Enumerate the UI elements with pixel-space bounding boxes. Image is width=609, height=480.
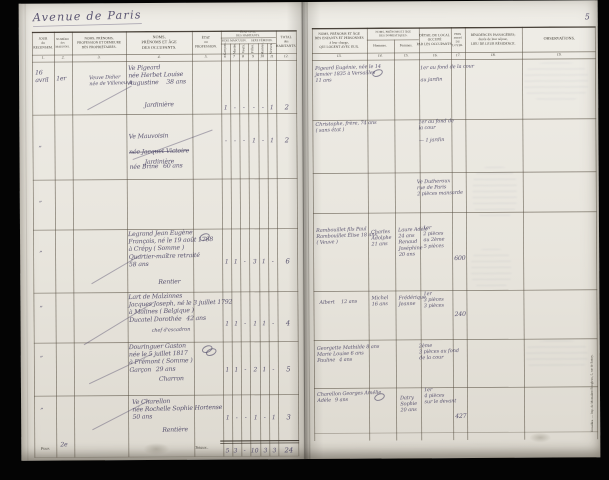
- civil-mark: -: [223, 138, 229, 145]
- civil-mark: -: [260, 104, 266, 111]
- civil-mark: -: [270, 258, 276, 265]
- totals-label: Totaux..: [182, 443, 222, 453]
- total-value: 3: [263, 447, 268, 454]
- col-num-5: 5.: [192, 54, 221, 61]
- page-number: 5: [585, 12, 590, 22]
- col-num-7: 7: [230, 53, 239, 60]
- entry-children: Albert 12 ans: [319, 299, 357, 306]
- book-spread-paper: Avenue de Paris 5 Versailles. — Imp. de …: [19, 0, 601, 461]
- census-table-left: JOUR du RECENSEM. NUMÉRO des MAISONS. NO…: [32, 30, 300, 459]
- footer-numero: 2e: [60, 441, 67, 449]
- civil-marks-row: ---1-1: [221, 135, 276, 146]
- col-header-veufs: Veufs.: [239, 43, 248, 53]
- entry-local: Ve Dutheroux rue de Paris 2 pièces mansa…: [417, 178, 463, 198]
- civil-mark: -: [270, 320, 276, 327]
- col-header-femmes: Femmes.: [394, 39, 419, 52]
- civil-marks-row: 11-21-: [223, 364, 278, 375]
- entry-date: 16 avril: [35, 69, 49, 84]
- col-header-prix: PRIX annuel DU LOYER.: [451, 27, 465, 52]
- col-num-18: 18.: [465, 52, 522, 59]
- col-num-3: 3.: [72, 54, 126, 61]
- entry-occupants: Ve Pigeard née Herbet Louise Augustine 3…: [128, 63, 186, 87]
- entry-profession-note: Jardinière: [144, 101, 174, 109]
- row-total: 2: [280, 104, 294, 112]
- entry-profession-note: Rentier: [158, 278, 180, 286]
- col-header-maries: Mariés.: [230, 43, 239, 53]
- civil-mark: 1: [224, 259, 230, 266]
- stain: [529, 433, 551, 443]
- civil-mark: 1: [269, 137, 275, 144]
- entry-rent: 240: [454, 311, 465, 319]
- entry-local: 1er 4 pièces sur le devant: [424, 386, 456, 405]
- col-num-12: 12.: [276, 53, 297, 60]
- col-num-4: 4.: [126, 54, 192, 61]
- entry-profession-note: Jardinière: [145, 158, 175, 166]
- col-header-local: DÉTAIL DU LOCAL OCCUPÉ PAR LES OCCUPANTS…: [419, 27, 451, 52]
- civil-mark: 1: [261, 366, 267, 373]
- entry-servants-women: Frédérique Jeanne: [398, 295, 426, 308]
- col-header-proprietaires: NOMS, PRÉNOMS, PROFESSION ET DEMEURE DES…: [72, 31, 126, 54]
- total-value: -: [242, 448, 247, 455]
- civil-mark: 1: [234, 367, 240, 374]
- grand-total: 24: [282, 447, 296, 455]
- col-num-11: 11: [267, 53, 276, 60]
- civil-mark: -: [243, 367, 249, 374]
- civil-mark: -: [234, 415, 240, 422]
- entry-servants-women: Datry Sophie 20 ans: [400, 395, 417, 414]
- entry-house-number: 1er: [56, 75, 66, 83]
- entry-date-ditto: „: [40, 404, 43, 412]
- civil-mark: 1: [223, 105, 229, 112]
- total-value: 10: [251, 448, 259, 455]
- ink-bleed: [473, 167, 517, 219]
- col-header-filles: Filles.: [248, 43, 258, 53]
- entry-servants-men: Charles Adolphe 21 ans: [371, 229, 392, 248]
- col-header-domestiques: NOMS, PRÉNOMS ET ÂGE DES DOMESTIQUES.: [367, 27, 419, 39]
- row-total: 3: [281, 414, 295, 422]
- col-header-enfants: NOMS, PRÉNOMS ET ÂGE DES ENFANTS ET PERS…: [312, 28, 367, 53]
- col-num-8: 8: [239, 53, 248, 60]
- col-num-13: 13.: [312, 53, 367, 60]
- col-num-14: 14.: [367, 52, 394, 59]
- civil-mark: -: [242, 259, 248, 266]
- entry-date-ditto: „: [38, 142, 41, 150]
- civil-mark: -: [232, 138, 238, 145]
- civil-mark: -: [251, 105, 257, 112]
- col-num-19: 19.: [522, 51, 596, 58]
- entry-rent: 427: [455, 413, 466, 421]
- col-header-jour: JOUR du RECENSEM.: [32, 32, 54, 55]
- civil-mark: -: [260, 137, 266, 144]
- civil-mark: 1: [234, 321, 240, 328]
- civil-mark: 1: [252, 415, 258, 422]
- entry-date-ditto: „: [39, 302, 42, 310]
- civil-mark: 1: [252, 321, 258, 328]
- civil-mark: 1: [224, 321, 230, 328]
- col-num-15: 15.: [394, 52, 419, 59]
- civil-mark: 1: [225, 367, 231, 374]
- col-num-17: 17.: [451, 52, 465, 59]
- civil-mark: -: [232, 105, 238, 112]
- entry-profession-note: chef d'escadron: [152, 327, 191, 334]
- entry-proprietor: Veuve Didier née de Villeneuve: [89, 74, 133, 88]
- col-header-etat: ÉTAT ou PROFESSION.: [192, 31, 221, 54]
- scanned-census-register: Avenue de Paris 5 Versailles. — Imp. de …: [0, 0, 609, 480]
- civil-mark: 1: [261, 258, 267, 265]
- row-total: 6: [281, 258, 295, 266]
- col-header-occupants: NOMS, PRÉNOMS ET ÂGE DES OCCUPANTS.: [126, 31, 192, 54]
- total-value: 3: [233, 448, 238, 455]
- ink-bleed: [471, 249, 511, 289]
- col-header-hommes: Hommes.: [367, 39, 394, 52]
- col-num-10: 10: [258, 53, 267, 60]
- col-header-observations: OBSERVATIONS.: [522, 26, 596, 51]
- occupant-line: Ve Mauvoisin: [129, 132, 189, 141]
- civil-mark: 1: [225, 415, 231, 422]
- entry-occupants: Douringuer Gaston née le 5 juillet 1817 …: [129, 342, 193, 374]
- row-total: 2: [280, 137, 294, 145]
- civil-mark: -: [243, 415, 249, 422]
- civil-marks-row: 11-11-: [223, 318, 278, 329]
- entry-servants-men: Michel 16 ans: [371, 295, 388, 308]
- civil-marks-row: 11-31-: [222, 256, 277, 267]
- civil-mark: -: [241, 105, 247, 112]
- col-header-mariees: Mariées.: [258, 43, 267, 53]
- col-num-9: 9: [248, 53, 258, 60]
- civil-mark: 1: [251, 138, 257, 145]
- col-header-veuves: Veuves.: [267, 43, 276, 53]
- col-num-1: 1.: [32, 55, 54, 62]
- civil-marks-row: 1--1-1: [223, 412, 278, 423]
- entry-local: 1er au fond de la cour au jardin: [420, 63, 475, 83]
- entry-children: Charellon Georges Amélie Adèle 9 ans: [317, 390, 382, 404]
- civil-mark: 2: [252, 367, 258, 374]
- entry-date-ditto: „: [40, 352, 43, 360]
- entry-occupants: Ve Mauvoisin née Jacquet Victoire née Br…: [128, 124, 189, 179]
- civil-mark: -: [243, 321, 249, 328]
- footer-note: Pour.: [34, 444, 56, 454]
- civil-marks-row: 1----1: [221, 102, 276, 113]
- entry-local: 2ème 3 pièces au fond de la cour: [419, 342, 460, 362]
- col-header-residences: RÉSIDENCES PASSAGÈRES; durée de leur séj…: [465, 27, 522, 52]
- entry-children: Rambouillet fils Paul Rambouillet Élise …: [316, 226, 377, 246]
- row-total: 5: [281, 366, 295, 374]
- col-num-2: 2.: [54, 54, 72, 61]
- ink-bleed: [526, 340, 588, 370]
- entry-children: Christophe, frère, 74 ans ( sans état ): [315, 120, 377, 134]
- col-header-garcons: Garçons.: [221, 43, 230, 53]
- civil-mark: -: [262, 414, 268, 421]
- entry-profession-note: Rentière: [162, 426, 188, 434]
- civil-mark: 1: [233, 259, 239, 266]
- entry-profession-note: Charron: [159, 375, 184, 383]
- col-num-16: 16.: [419, 52, 451, 59]
- totals-values-row: 53-1033: [223, 445, 278, 456]
- col-header-total: TOTAL des HABITANTS.: [276, 30, 297, 53]
- civil-mark: 3: [252, 259, 258, 266]
- row-total: 4: [281, 320, 295, 328]
- census-table-right: NOMS, PRÉNOMS ET ÂGE DES ENFANTS ET PERS…: [312, 26, 599, 443]
- left-page-edge: [25, 4, 29, 461]
- civil-mark: 1: [269, 104, 275, 111]
- civil-mark: 1: [271, 414, 277, 421]
- ink-bleed: [524, 62, 588, 100]
- entry-date-ditto: „: [39, 247, 42, 255]
- civil-mark: 1: [261, 320, 267, 327]
- col-num-6: 6: [221, 53, 230, 60]
- entry-local: 1er au fond de la cour — 1 jardin: [418, 118, 454, 144]
- col-header-numero: NUMÉRO des MAISONS.: [54, 31, 72, 54]
- entry-date-ditto: „: [39, 197, 42, 205]
- entry-local: 1er 3 pièces 3 pièces: [423, 291, 444, 310]
- total-value: 3: [272, 447, 277, 454]
- street-title-handwritten: Avenue de Paris: [33, 9, 142, 27]
- civil-mark: -: [242, 138, 248, 145]
- total-value: 5: [225, 448, 230, 455]
- entry-rent: 600: [454, 255, 465, 263]
- civil-mark: -: [270, 366, 276, 373]
- entry-local: 1er 2 pièces au 2ème 5 pièces: [423, 225, 445, 250]
- entry-children: Georgette Mathilde 8 ans Marie Louise 6 …: [317, 344, 380, 364]
